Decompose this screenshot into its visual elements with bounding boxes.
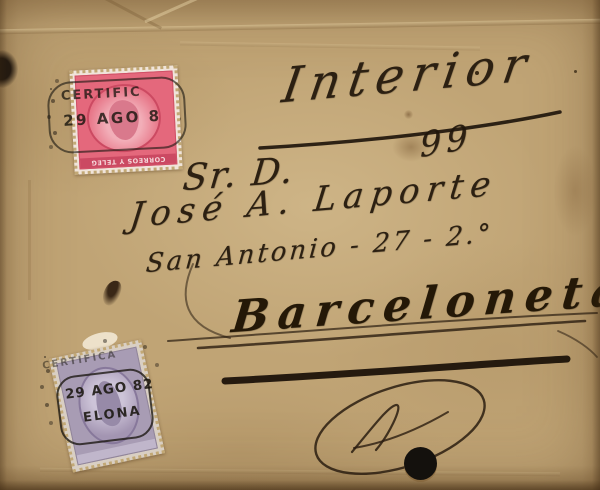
handwriting-city-strikethrough: Barceloneta [229,264,600,343]
postmark-date: 29 AGO 8 [63,107,162,130]
postmark-city: ELONA [82,404,142,426]
ink-smudge [404,110,413,119]
punch-hole [404,447,437,480]
crease-line [90,0,162,30]
paraph-mark [354,412,448,448]
stamp-caption: CORREOS Y TELEG [80,153,176,168]
handwriting-destination: Interior [278,36,538,115]
envelope-edge-shadow [592,0,600,490]
lilac-postmark: 29 AGO 82 ELONA [54,367,156,448]
postmark-word: CERTIFIC [61,85,142,104]
paraph-mark [352,405,398,452]
envelope: CORREOS Y TELEG CERTIFIC 29 AGO 8 CERTIF… [0,0,600,490]
envelope-edge-shadow [0,0,7,490]
carmine-postmark: CERTIFIC 29 AGO 8 [46,75,188,154]
strike-tail [558,331,597,357]
cancel-ink-specks [44,356,46,358]
postmark-date: 29 AGO 82 [64,376,154,403]
paraph-ellipse [304,362,496,490]
handwriting-registry-number: 99 [420,116,472,166]
ink-speck [574,70,577,73]
envelope-edge-shadow [0,480,600,490]
ink-stain [0,50,18,88]
crease-line [40,468,560,477]
strike-flourish [186,264,230,338]
crease-line [0,19,600,34]
ink-smudge [554,146,596,236]
crease-line [144,0,209,23]
heavy-underline [225,359,567,381]
destination-underline [260,112,560,148]
ink-stain [100,278,123,308]
crease-line [28,180,31,300]
